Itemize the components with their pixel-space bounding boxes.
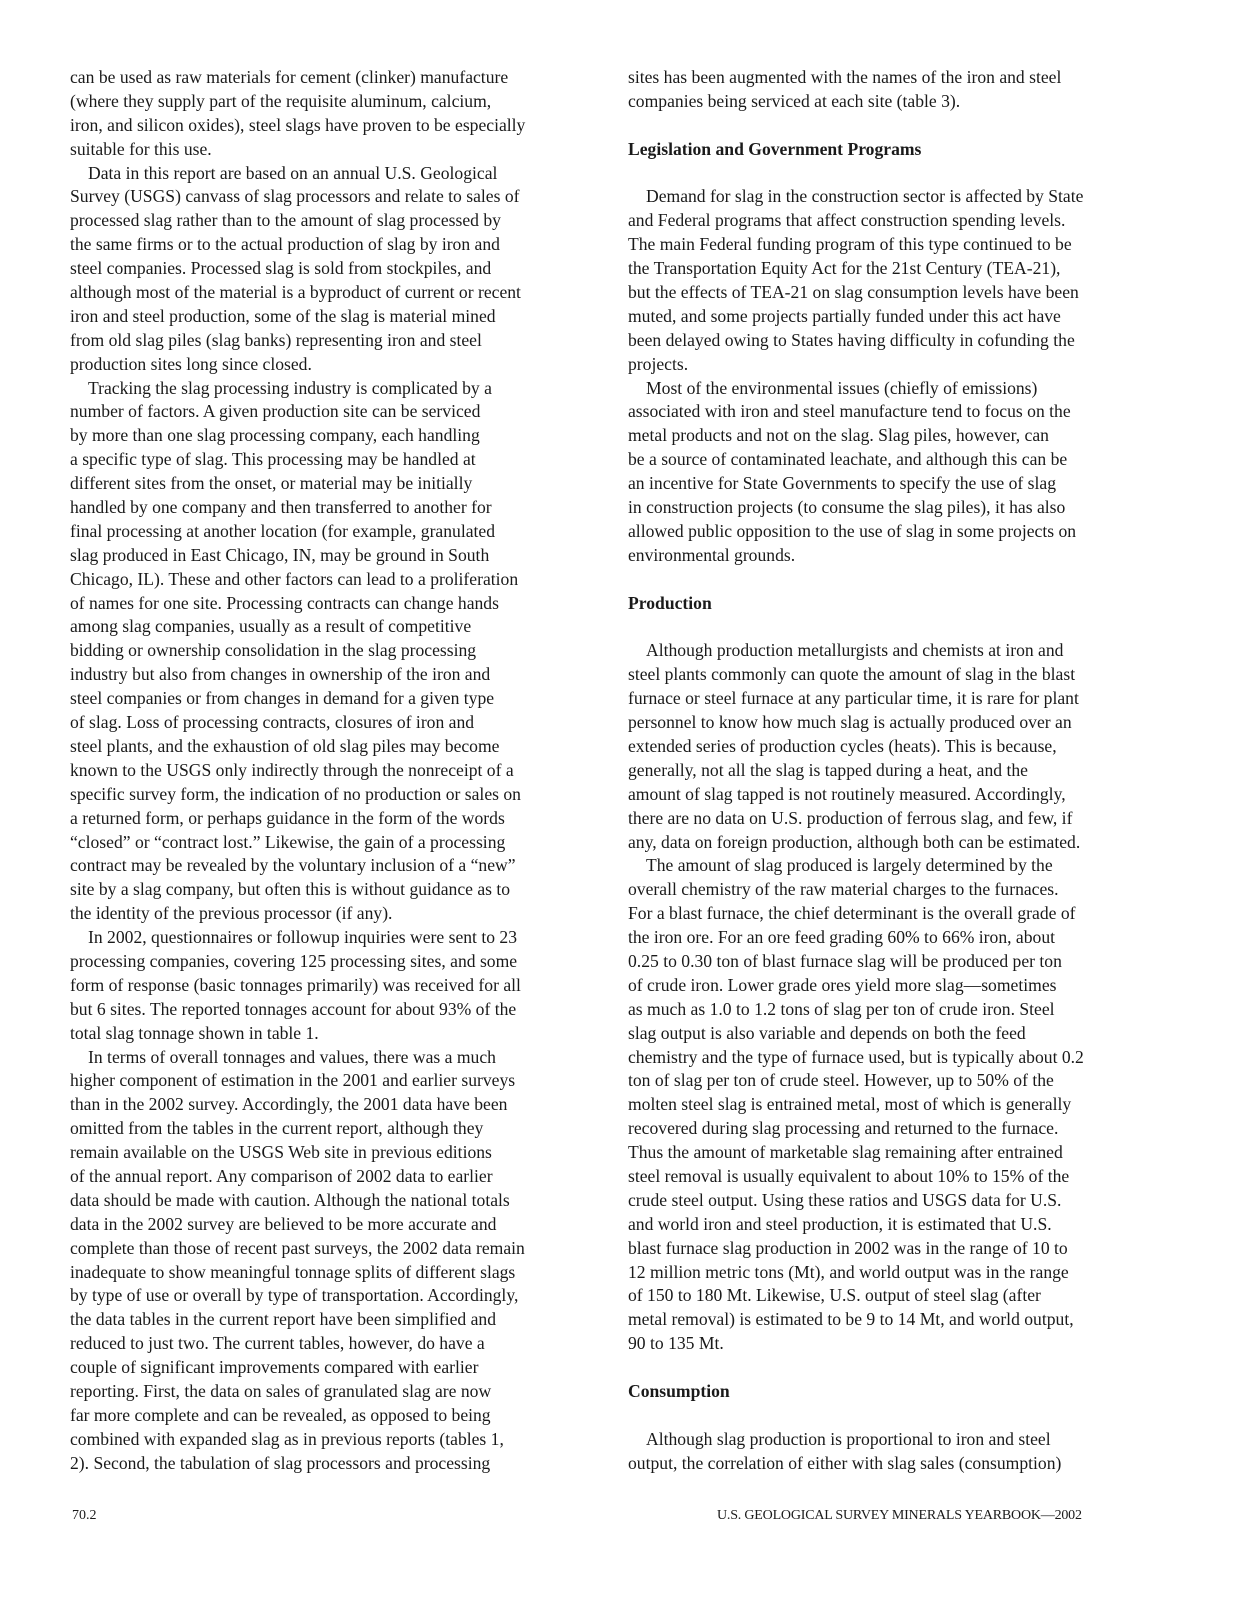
text-line: 0.25 to 0.30 ton of blast furnace slag w… [628,950,1158,974]
text-line: total slag tonnage shown in table 1. [70,1022,600,1046]
text-line: there are no data on U.S. production of … [628,807,1158,831]
left-column: can be used as raw materials for cement … [70,66,600,1476]
text-line: specific survey form, the indication of … [70,783,600,807]
text-line: iron, and silicon oxides), steel slags h… [70,114,600,138]
text-line: been delayed owing to States having diff… [628,329,1158,353]
text-line: any, data on foreign production, althoug… [628,831,1158,855]
text-line: In terms of overall tonnages and values,… [70,1046,600,1070]
text-line: (where they supply part of the requisite… [70,90,600,114]
text-line: the iron ore. For an ore feed grading 60… [628,926,1158,950]
text-line: of the annual report. Any comparison of … [70,1165,600,1189]
text-line: of crude iron. Lower grade ores yield mo… [628,974,1158,998]
text-line: number of factors. A given production si… [70,400,600,424]
text-line: an incentive for State Governments to sp… [628,472,1158,496]
text-line: far more complete and can be revealed, a… [70,1404,600,1428]
text-line: among slag companies, usually as a resul… [70,615,600,639]
text-line: remain available on the USGS Web site in… [70,1141,600,1165]
text-line: the Transportation Equity Act for the 21… [628,257,1158,281]
text-line: data in the 2002 survey are believed to … [70,1213,600,1237]
text-line: as much as 1.0 to 1.2 tons of slag per t… [628,998,1158,1022]
text-line: a returned form, or perhaps guidance in … [70,807,600,831]
section-body-production: Although production metallurgists and ch… [628,639,1158,1356]
text-line: form of response (basic tonnages primari… [70,974,600,998]
text-line: industry but also from changes in owners… [70,663,600,687]
right-column: sites has been augmented with the names … [628,66,1158,1476]
text-line: inadequate to show meaningful tonnage sp… [70,1261,600,1285]
text-line: of 150 to 180 Mt. Likewise, U.S. output … [628,1284,1158,1308]
text-line: steel removal is usually equivalent to a… [628,1165,1158,1189]
text-line: reporting. First, the data on sales of g… [70,1380,600,1404]
text-line: allowed public opposition to the use of … [628,520,1158,544]
text-line: Thus the amount of marketable slag remai… [628,1141,1158,1165]
text-line: “closed” or “contract lost.” Likewise, t… [70,831,600,855]
text-line: of names for one site. Processing contra… [70,592,600,616]
text-line: by type of use or overall by type of tra… [70,1284,600,1308]
text-line: muted, and some projects partially funde… [628,305,1158,329]
text-line: suitable for this use. [70,138,600,162]
text-line: Demand for slag in the construction sect… [628,185,1158,209]
section-body-legislation: Demand for slag in the construction sect… [628,185,1158,567]
text-line: recovered during slag processing and ret… [628,1117,1158,1141]
text-line: iron and steel production, some of the s… [70,305,600,329]
text-line: For a blast furnace, the chief determina… [628,902,1158,926]
text-line: personnel to know how much slag is actua… [628,711,1158,735]
text-line: data should be made with caution. Althou… [70,1189,600,1213]
text-line: processing companies, covering 125 proce… [70,950,600,974]
text-line: reduced to just two. The current tables,… [70,1332,600,1356]
text-line: different sites from the onset, or mater… [70,472,600,496]
section-heading-consumption: Consumption [628,1380,1158,1404]
right-column-intro: sites has been augmented with the names … [628,66,1158,114]
text-line: slag output is also variable and depends… [628,1022,1158,1046]
text-line: companies being serviced at each site (t… [628,90,1158,114]
text-line: 90 to 135 Mt. [628,1332,1158,1356]
text-line: from old slag piles (slag banks) represe… [70,329,600,353]
text-line: The main Federal funding program of this… [628,233,1158,257]
text-line: the identity of the previous processor (… [70,902,600,926]
text-line: sites has been augmented with the names … [628,66,1158,90]
text-line: in construction projects (to consume the… [628,496,1158,520]
text-line: higher component of estimation in the 20… [70,1069,600,1093]
section-body-consumption: Although slag production is proportional… [628,1428,1158,1476]
text-line: handled by one company and then transfer… [70,496,600,520]
text-line: the data tables in the current report ha… [70,1308,600,1332]
text-line: 2). Second, the tabulation of slag proce… [70,1452,600,1476]
section-heading-production: Production [628,592,1158,616]
text-line: steel companies or from changes in deman… [70,687,600,711]
text-line: by more than one slag processing company… [70,424,600,448]
text-line: contract may be revealed by the voluntar… [70,854,600,878]
text-line: projects. [628,353,1158,377]
text-line: steel plants, and the exhaustion of old … [70,735,600,759]
text-line: environmental grounds. [628,544,1158,568]
text-line: The amount of slag produced is largely d… [628,854,1158,878]
text-line: chemistry and the type of furnace used, … [628,1046,1158,1070]
text-line: known to the USGS only indirectly throug… [70,759,600,783]
text-line: amount of slag tapped is not routinely m… [628,783,1158,807]
text-line: generally, not all the slag is tapped du… [628,759,1158,783]
text-line: associated with iron and steel manufactu… [628,400,1158,424]
text-line: overall chemistry of the raw material ch… [628,878,1158,902]
text-line: molten steel slag is entrained metal, mo… [628,1093,1158,1117]
text-line: but the effects of TEA-21 on slag consum… [628,281,1158,305]
running-footer: U.S. GEOLOGICAL SURVEY MINERALS YEARBOOK… [717,1507,1082,1525]
text-line: Survey (USGS) canvass of slag processors… [70,185,600,209]
text-line: of slag. Loss of processing contracts, c… [70,711,600,735]
text-line: crude steel output. Using these ratios a… [628,1189,1158,1213]
page-number: 70.2 [72,1507,97,1525]
text-line: than in the 2002 survey. Accordingly, th… [70,1093,600,1117]
text-line: slag produced in East Chicago, IN, may b… [70,544,600,568]
text-line: steel companies. Processed slag is sold … [70,257,600,281]
text-line: although most of the material is a bypro… [70,281,600,305]
text-line: and Federal programs that affect constru… [628,209,1158,233]
text-line: site by a slag company, but often this i… [70,878,600,902]
text-line: a specific type of slag. This processing… [70,448,600,472]
text-line: processed slag rather than to the amount… [70,209,600,233]
section-heading-legislation: Legislation and Government Programs [628,138,1158,162]
text-line: output, the correlation of either with s… [628,1452,1158,1476]
text-line: extended series of production cycles (he… [628,735,1158,759]
text-line: In 2002, questionnaires or followup inqu… [70,926,600,950]
text-line: steel plants commonly can quote the amou… [628,663,1158,687]
text-line: and world iron and steel production, it … [628,1213,1158,1237]
text-line: can be used as raw materials for cement … [70,66,600,90]
text-line: Data in this report are based on an annu… [70,162,600,186]
text-line: but 6 sites. The reported tonnages accou… [70,998,600,1022]
text-line: 12 million metric tons (Mt), and world o… [628,1261,1158,1285]
text-line: omitted from the tables in the current r… [70,1117,600,1141]
text-line: Although slag production is proportional… [628,1428,1158,1452]
text-line: complete than those of recent past surve… [70,1237,600,1261]
text-line: combined with expanded slag as in previo… [70,1428,600,1452]
text-line: couple of significant improvements compa… [70,1356,600,1380]
text-line: bidding or ownership consolidation in th… [70,639,600,663]
text-line: Most of the environmental issues (chiefl… [628,377,1158,401]
text-line: final processing at another location (fo… [70,520,600,544]
text-line: furnace or steel furnace at any particul… [628,687,1158,711]
text-line: metal removal) is estimated to be 9 to 1… [628,1308,1158,1332]
text-line: Chicago, IL). These and other factors ca… [70,568,600,592]
text-line: metal products and not on the slag. Slag… [628,424,1158,448]
text-line: be a source of contaminated leachate, an… [628,448,1158,472]
text-line: blast furnace slag production in 2002 wa… [628,1237,1158,1261]
text-line: the same firms or to the actual producti… [70,233,600,257]
text-line: Tracking the slag processing industry is… [70,377,600,401]
text-line: Although production metallurgists and ch… [628,639,1158,663]
text-line: production sites long since closed. [70,353,600,377]
text-line: ton of slag per ton of crude steel. Howe… [628,1069,1158,1093]
